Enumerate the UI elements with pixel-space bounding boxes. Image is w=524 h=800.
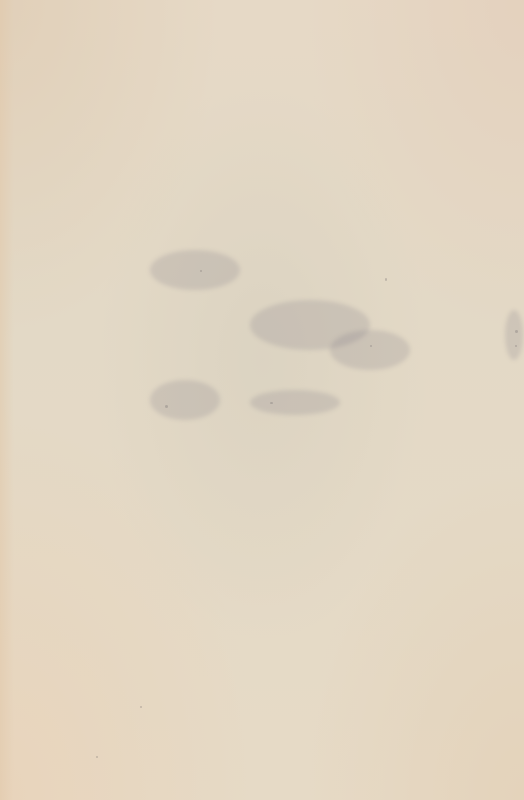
speck: [165, 405, 168, 408]
speck: [515, 345, 517, 347]
blank-paper-page: [0, 0, 524, 800]
speck: [140, 706, 142, 708]
page-text: [0, 0, 1, 1]
bleed-through-mark: [505, 310, 523, 360]
bleed-through-mark: [330, 330, 410, 370]
speck: [515, 330, 518, 333]
speck: [200, 270, 202, 272]
page-edge-discoloration: [0, 0, 14, 800]
bleed-through-mark: [250, 390, 340, 415]
bleed-through-mark: [150, 250, 240, 290]
bleed-through-mark: [150, 380, 220, 420]
speck: [96, 756, 98, 758]
speck: [370, 345, 372, 347]
speck: [270, 402, 273, 404]
speck: [385, 278, 387, 281]
